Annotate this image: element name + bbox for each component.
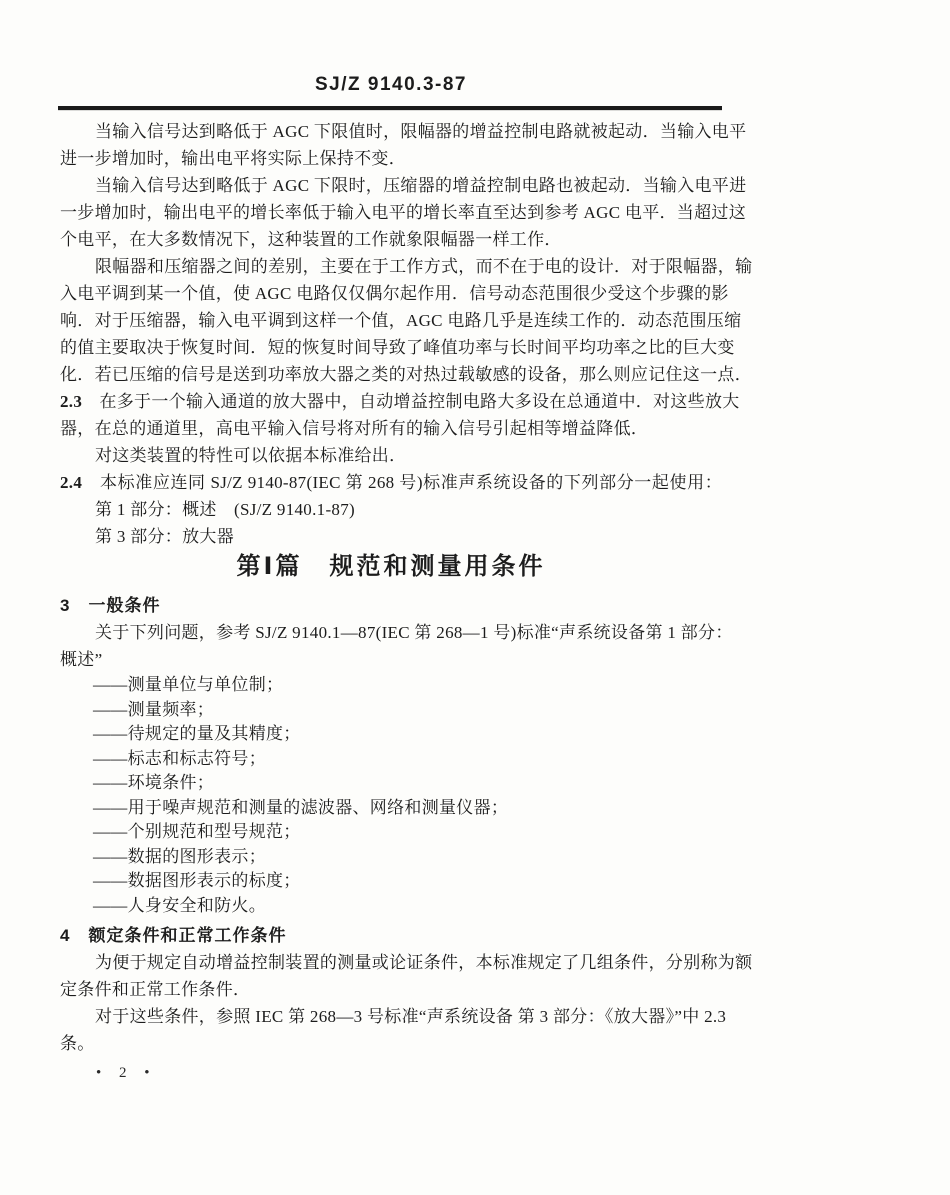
- text-line: 器，在总的通道里，高电平输入信号将对所有的输入信号引起相等增益降低．: [60, 415, 722, 442]
- text-line: 入电平调到某一个值，使 AGC 电路仅仅偶尔起作用．信号动态范围很少受这个步骤的…: [60, 280, 722, 307]
- list-item: ——人身安全和防火。: [60, 894, 722, 919]
- text-line: 个电平，在大多数情况下，这种装置的工作就象限幅器一样工作．: [60, 226, 722, 253]
- text-line: 对于这些条件，参照 IEC 第 268—3 号标准“声系统设备 第 3 部分：《…: [60, 1003, 722, 1030]
- list-item: ——测量频率；: [60, 698, 722, 723]
- clause-2-4: 2.4 本标准应连同 SJ/Z 9140-87(IEC 第 268 号)标准声系…: [60, 469, 722, 496]
- list-item: ——数据的图形表示；: [60, 845, 722, 870]
- clause-number: 2.4: [60, 473, 82, 492]
- text-line: 当输入信号达到略低于 AGC 下限值时，限幅器的增益控制电路就被起动．当输入电平: [60, 118, 722, 145]
- list-item: ——待规定的量及其精度；: [60, 722, 722, 747]
- list-item: ——个别规范和型号规范；: [60, 820, 722, 845]
- text-line: 限幅器和压缩器之间的差别，主要在于工作方式，而不在于电的设计．对于限幅器，输: [60, 253, 722, 280]
- document-body: 当输入信号达到略低于 AGC 下限值时，限幅器的增益控制电路就被起动．当输入电平…: [60, 110, 722, 1083]
- text-line: 当输入信号达到略低于 AGC 下限时，压缩器的增益控制电路也被起动．当输入电平进: [60, 172, 722, 199]
- list-item: ——用于噪声规范和测量的滤波器、网络和测量仪器；: [60, 796, 722, 821]
- page-number: • 2 •: [60, 1063, 722, 1083]
- clause-number: 2.3: [60, 392, 82, 411]
- part-title: 第Ⅰ篇 规范和测量用条件: [60, 550, 722, 584]
- scanned-document-page: SJ/Z 9140.3-87 当输入信号达到略低于 AGC 下限值时，限幅器的增…: [0, 0, 950, 1195]
- text-line: 化．若已压缩的信号是送到功率放大器之类的对热过载敏感的设备，那么则应记住这一点．: [60, 361, 722, 388]
- text-line: 第 1 部分：概述 (SJ/Z 9140.1-87): [60, 496, 722, 523]
- list-item: ——测量单位与单位制；: [60, 673, 722, 698]
- text-line: 一步增加时，输出电平的增长率低于输入电平的增长率直至达到参考 AGC 电平．当超…: [60, 199, 722, 226]
- list-item: ——数据图形表示的标度；: [60, 869, 722, 894]
- text-line: 进一步增加时，输出电平将实际上保持不变．: [60, 145, 722, 172]
- text-line: 对这类装置的特性可以依据本标准给出．: [60, 442, 722, 469]
- text-line: 概述”: [60, 646, 722, 673]
- text-line: 关于下列问题，参考 SJ/Z 9140.1—87(IEC 第 268—1 号)标…: [60, 619, 722, 646]
- text-line: 第 3 部分：放大器: [60, 523, 722, 550]
- text-line: 条。: [60, 1030, 722, 1057]
- standard-code-header: SJ/Z 9140.3-87: [60, 0, 722, 96]
- text-line: 定条件和正常工作条件．: [60, 976, 722, 1003]
- clause-2-3: 2.3 在多于一个输入通道的放大器中，自动增益控制电路大多设在总通道中．对这些放…: [60, 388, 722, 415]
- list-item: ——标志和标志符号；: [60, 747, 722, 772]
- section-heading-3: 3 一般条件: [60, 592, 722, 619]
- text-line: 为便于规定自动增益控制装置的测量或论证条件，本标准规定了几组条件，分别称为额: [60, 949, 722, 976]
- text-line: 的值主要取决于恢复时间．短的恢复时间导致了峰值功率与长时间平均功率之比的巨大变: [60, 334, 722, 361]
- list-item: ——环境条件；: [60, 771, 722, 796]
- text-line: 响．对于压缩器，输入电平调到这样一个值，AGC 电路几乎是连续工作的．动态范围压…: [60, 307, 722, 334]
- section-heading-4: 4 额定条件和正常工作条件: [60, 922, 722, 949]
